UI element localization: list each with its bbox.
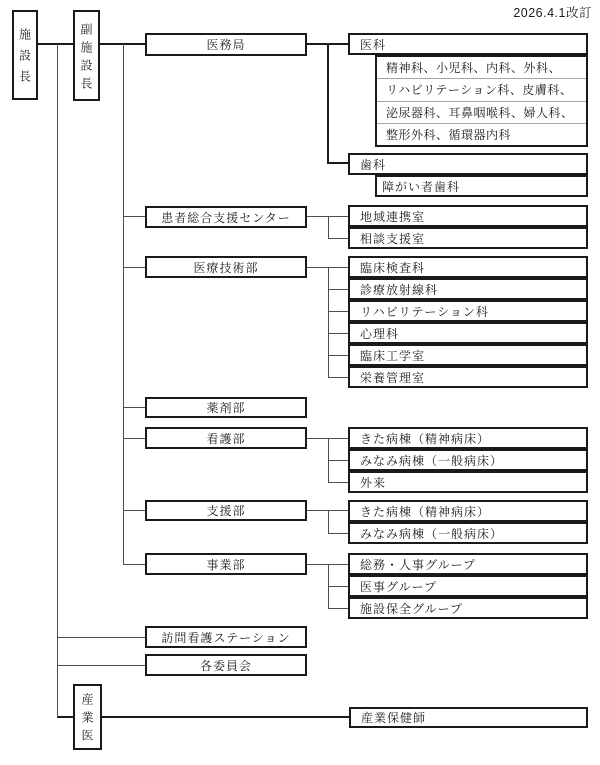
connector-industrial-nurse [102,716,349,718]
connector-trunk-industrial [57,716,73,718]
node-industrial-health-nurse: 産業保健師 [349,707,588,728]
stub-consult-office [328,238,348,239]
stub-business-2 [328,586,348,587]
stub-patient-center [123,216,145,217]
node-clinical-engineering: 臨床工学室 [348,344,588,366]
node-rehabilitation: リハビリテーション科 [348,300,588,322]
node-nursing-outpatient: 外来 [348,471,588,493]
bracket-medtech [328,267,329,378]
node-director: 施設長 [12,10,38,100]
stub-support [123,510,145,511]
stub-nursing [123,438,145,439]
node-medical-affairs-group: 医事グループ [348,575,588,597]
node-disabled-dental: 障がい者歯科 [375,175,588,197]
connector-medbureau-bracket [327,43,329,164]
specialty-row: 泌尿器科、耳鼻咽喉科、婦人科、 [377,101,586,123]
specialty-row: リハビリテーション科、皮膚科、 [377,78,586,100]
trunk-deputy [123,44,124,565]
node-clinical-laboratory: 臨床検査科 [348,256,588,278]
stub-visiting-nursing [57,637,145,638]
node-patient-support-center: 患者総合支援センター [145,206,307,228]
stub-medtech-3 [328,311,348,312]
connector-dental-stub [327,162,348,164]
node-regional-cooperation-office: 地域連携室 [348,205,588,227]
stub-nursing-2 [328,460,348,461]
specialty-row: 精神科、小児科、内科、外科、 [377,57,586,78]
node-nutrition-management: 栄養管理室 [348,366,588,388]
node-dental-dept: 歯科 [348,153,588,175]
stub-medtech-4 [328,333,348,334]
trunk-director [57,44,58,717]
node-medical-dept: 医科 [348,33,588,55]
stub-med-tech [123,267,145,268]
node-medical-technology: 医療技術部 [145,256,307,278]
node-nursing: 看護部 [145,427,307,449]
node-deputy-director: 副施設長 [73,10,100,101]
node-support: 支援部 [145,500,307,521]
stub-support-2 [328,533,348,534]
node-psychology: 心理科 [348,322,588,344]
node-medical-bureau: 医務局 [145,33,307,56]
node-facility-maintenance-group: 施設保全グループ [348,597,588,619]
stub-medtech-6 [328,377,348,378]
node-industrial-physician: 産業医 [73,684,102,750]
stub-pharmacy [123,407,145,408]
specialty-row: 整形外科、循環器内科 [377,123,586,145]
node-visiting-nursing-station: 訪問看護ステーション [145,626,307,648]
node-support-kita-ward: きた病棟（精神病床） [348,500,588,522]
stub-business [123,564,145,565]
org-chart: 2026.4.1改訂 施設長 副施設長 [0,0,600,765]
stub-nursing-3 [328,482,348,483]
node-medical-specialties: 精神科、小児科、内科、外科、 リハビリテーション科、皮膚科、 泌尿器科、耳鼻咽喉… [375,55,588,147]
stub-committees [57,665,145,666]
node-business: 事業部 [145,553,307,575]
stub-business-3 [328,608,348,609]
node-nursing-minami-ward: みなみ病棟（一般病床） [348,449,588,471]
node-committees: 各委員会 [145,654,307,676]
node-consultation-support-office: 相談支援室 [348,227,588,249]
bracket-patient [328,216,329,239]
connector-director-deputy [38,43,73,45]
bracket-support [328,510,329,533]
node-nursing-kita-ward: きた病棟（精神病床） [348,427,588,449]
stub-medtech-5 [328,355,348,356]
node-support-minami-ward: みなみ病棟（一般病床） [348,522,588,544]
node-pharmacy: 薬剤部 [145,397,307,418]
revision-date-label: 2026.4.1改訂 [513,3,592,21]
node-general-affairs-hr-group: 総務・人事グループ [348,553,588,575]
stub-medtech-2 [328,289,348,290]
node-radiology: 診療放射線科 [348,278,588,300]
